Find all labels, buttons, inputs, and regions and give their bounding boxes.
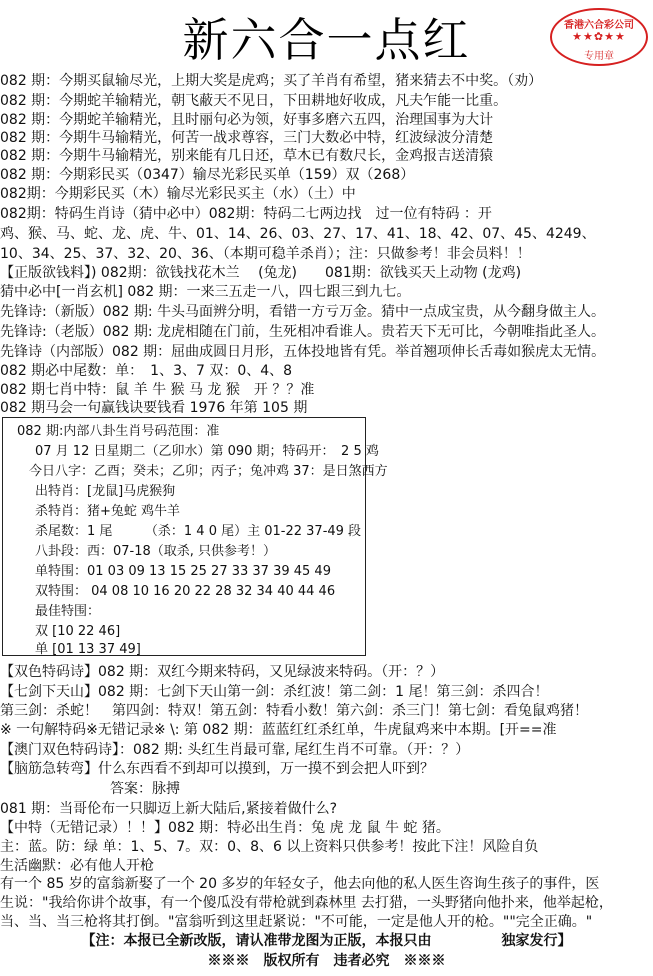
- line-item: ※ 一句解特码※无错记录※ \: 第 082 期：蓝蓝红红杀红单，牛虎鼠鸡来中本…: [0, 721, 557, 739]
- bagua-duan: 八卦段：西：07-18（取杀, 只供参考！）: [35, 543, 276, 561]
- bagua-bazi-line: 今日八字：乙酉；癸未；乙卯；丙子；兔冲鸡 37：是日煞西方: [29, 463, 388, 481]
- line-item: 【脑筋急转弯】什么东西看不到却可以摸到，万一摸不到会把人吓到？: [0, 760, 434, 778]
- footer-notice: 【注：本报已全新改版，请认准带龙图为正版，本报只由 独家发行】: [0, 932, 653, 950]
- line-item: 先锋诗:（新版）082 期: 牛头马面辨分明，看错一方亏万金。猜中一点成宝贵，从…: [0, 303, 605, 321]
- bagua-shuang-te-wei: 双特围： 04 08 10 16 20 22 28 32 34 40 44 46: [35, 583, 335, 601]
- line-item: 082 期：今期牛马输精光，何苦一战求尊容，三门大数必中特，红波绿波分清楚: [0, 129, 493, 147]
- line-item: 生说："我给你讲个故事，有一个傻瓜没有带枪就到森林里 去打猎，一头野猪向他扑来，…: [0, 894, 613, 912]
- company-stamp: 香港六合彩公司 ★★✿★★ 专用章: [550, 8, 648, 66]
- line-item: 082期：特码生肖诗（猜中必中）082期：特码二七两边找 过一位有特码 ：开: [0, 205, 492, 223]
- line-item: 当、当、当三枪将其打倒。"富翁听到这里赶紧说："不可能，一定是他人开的枪。""完…: [0, 913, 592, 931]
- riddle-answer: 答案：脉搏: [110, 780, 180, 798]
- line-item: 082 期：今期蛇羊输精光，朝飞蔽天不见日，下田耕地好收成，凡夫乍能一比重。: [0, 92, 507, 110]
- line-item: 082 期：今期蛇羊输精光，且时丽句必为领，好事多磨六五四，治理国事为大计: [0, 111, 493, 129]
- bagua-sha-wei-shu: 杀尾数：1 尾 （杀：1 4 0 尾）主 01-22 37-49 段: [35, 523, 361, 541]
- footer-copyright: ※※※ 版权所有 违者必究 ※※※: [0, 952, 653, 970]
- line-item: 先锋诗（内部版）082 期：屈曲成圆日月形，五体投地皆有凭。举首翘项伸长舌毒如猴…: [0, 343, 605, 361]
- line-item: 【澳门双色特码诗】：082 期: 头红生肖最可靠, 尾红生肖不可靠。（开：？）: [0, 741, 469, 759]
- line-item: 【七剑下天山】082 期：七剑下天山第一剑：杀红波！第二剑：1 尾！第三剑：杀四…: [0, 683, 549, 701]
- line-item: 082 期马会一句赢钱诀要钱看 1976 年第 105 期: [0, 399, 307, 417]
- line-item: 猜中必中[一肖玄机] 082 期：一来三五走一八，四七跟三到九七。: [0, 283, 411, 301]
- line-item: 082 期：今期买鼠输尽光，上期大奖是虎鸡；买了羊肖有希望，猪来猜去不中奖。（劝…: [0, 72, 542, 90]
- bagua-chu-te-xiao: 出特肖：[龙鼠]马虎猴狗: [35, 483, 175, 501]
- bagua-dan-te-wei: 单特围：01 03 09 13 15 25 27 33 37 39 45 49: [35, 563, 331, 581]
- line-item: 第三剑：杀蛇！ 第四剑：特双！第五剑：特看小数！第六剑：杀三门！第七剑：看兔鼠鸡…: [0, 702, 588, 720]
- line-item: 082 期：今期牛马输精光，别来能有几日还，草木已有数尺长，金鸡报吉送清猿: [0, 147, 493, 165]
- line-item: 【中特（无错记录）！！】082 期：特必出生肖：兔 虎 龙 鼠 牛 蛇 猪。: [0, 819, 450, 837]
- bagua-heading: 082 期:内部八卦生肖号码范围：准: [17, 423, 219, 441]
- bagua-date-line: 07 月 12 日星期二（乙卯水）第 090 期；特码开： 2 5 鸡: [35, 443, 379, 461]
- line-item: 鸡、猴、马、蛇、龙、虎、牛、01、14、26、03、27、17、41、18、42…: [0, 225, 596, 243]
- line-item: 10、34、25、37、32、20、36、（本期可稳羊杀肖）；注：只做参考！非会…: [0, 245, 531, 263]
- stamp-arc-text: 香港六合彩公司: [552, 16, 646, 31]
- stamp-seal-text: 专用章: [552, 47, 646, 62]
- bagua-box: 082 期:内部八卦生肖号码范围：准 07 月 12 日星期二（乙卯水）第 09…: [2, 417, 366, 656]
- bagua-best-dan: 单 [01 13 37 49]: [35, 641, 141, 659]
- line-item: 【双色特码诗】082 期：双红今期来特码，又见绿波来特码。（开：？）: [0, 663, 444, 681]
- line-item: 【正版欲钱料】) 082期：欲钱找花木兰 (兔龙) 081期：欲钱买天上动物 (…: [0, 264, 521, 282]
- line-item: 生活幽默：必有他人开枪: [0, 857, 154, 875]
- line-item: 082 期七肖中特：鼠 羊 牛 猴 马 龙 猴 开 ？？准: [0, 381, 314, 399]
- line-item: 主：蓝。防：绿 单：1、5、7。双：0、8、6 以上资料只供参考！按此下注！风险…: [0, 838, 538, 856]
- stamp-stars-icon: ★★✿★★: [552, 30, 646, 43]
- bagua-sha-te-xiao: 杀特肖：猪+兔蛇 鸡牛羊: [35, 503, 180, 521]
- line-item: 082期：今期彩民买（木）输尽光彩民买主（水）（土）中: [0, 185, 356, 203]
- bagua-best-shuang: 双 [10 22 46]: [35, 623, 120, 641]
- line-item: 082 期必中尾数：单： 1、3、7 双：0、4、8: [0, 362, 292, 380]
- line-item: 有一个 85 岁的富翁新娶了一个 20 多岁的年轻女子，他去向他的私人医生咨询生…: [0, 875, 599, 893]
- line-item: 先锋诗:（老版）082 期: 龙虎相随在门前，生死相冲看谁人。贵若天下无可比，今…: [0, 323, 605, 341]
- bagua-best-label: 最佳特围：: [35, 603, 100, 621]
- line-item: 081 期：当哥伦布一只脚迈上新大陆后,紧接着做什么?: [0, 800, 337, 818]
- line-item: 082 期：今期彩民买（0347）输尽光彩民买单（159）双（268）: [0, 166, 414, 184]
